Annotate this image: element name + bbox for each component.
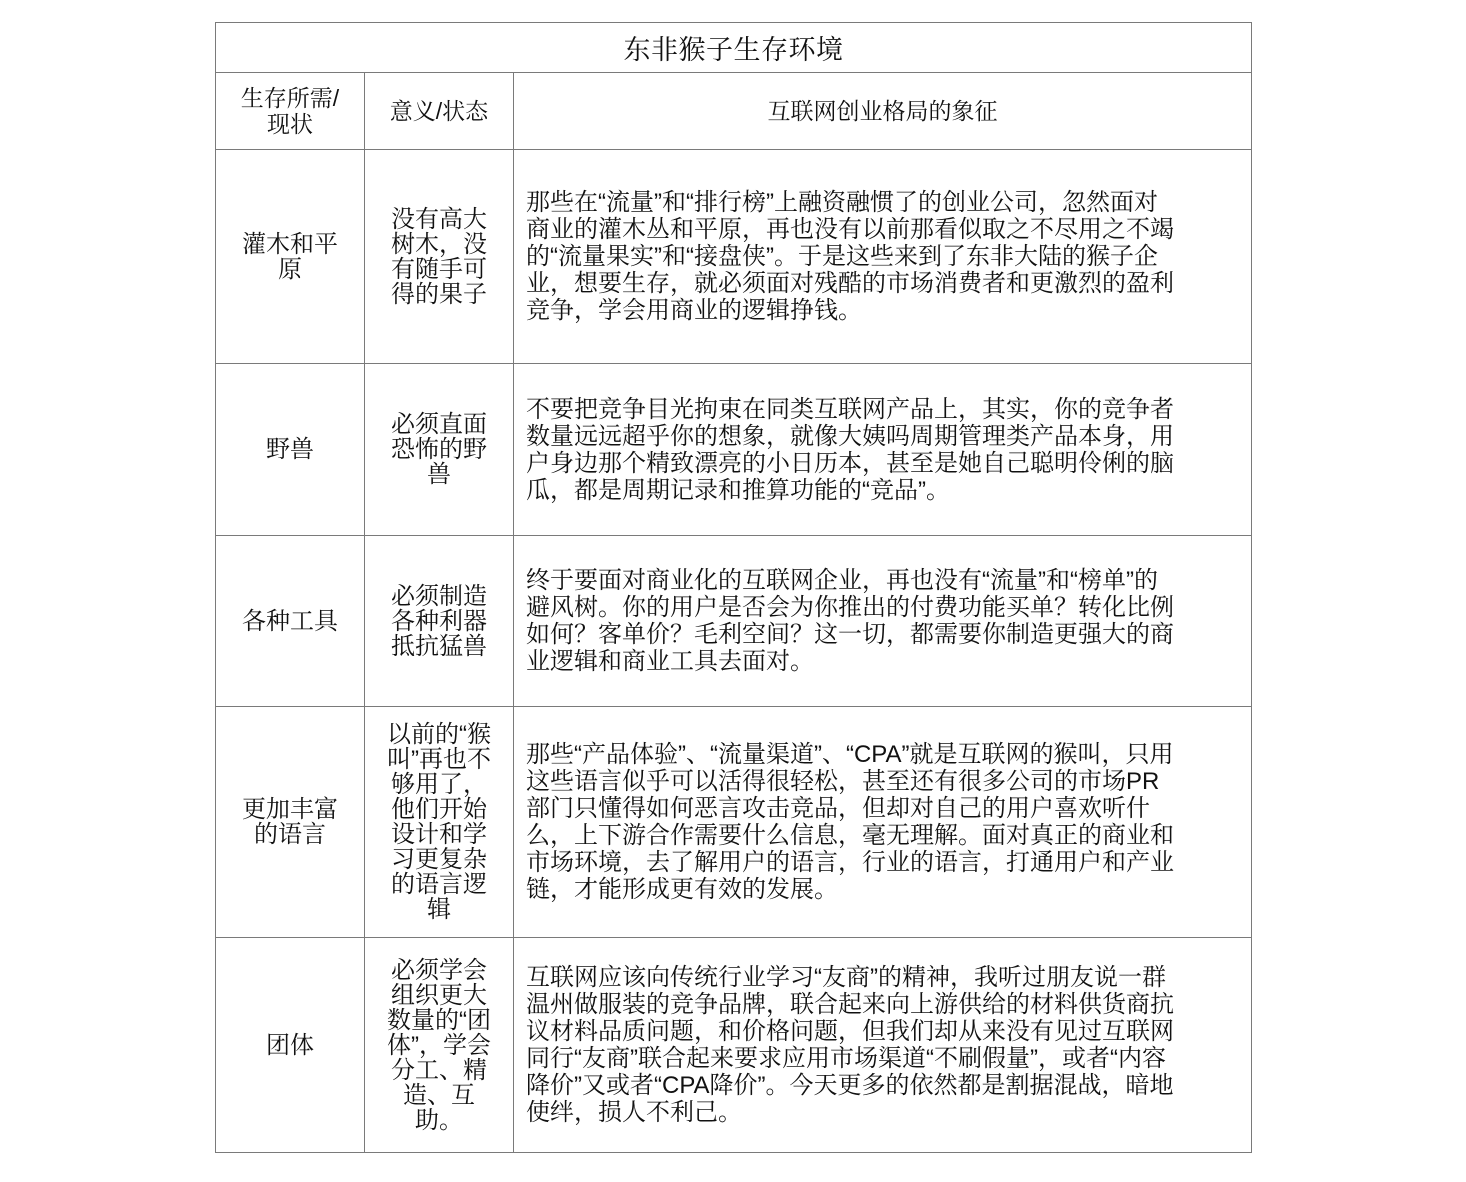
- text-line: 业逻辑和商业工具去面对。: [526, 648, 1239, 675]
- text-line: 使绊，损人不利己。: [526, 1099, 1239, 1126]
- survival-environment-table: 东非猴子生存环境 生存所需/ 现状 意义/状态 互联网创业格局的象征 灌木和平原…: [215, 22, 1252, 1153]
- text-line: 他们开始: [381, 797, 497, 822]
- text-line: 够用了，: [381, 772, 497, 797]
- text-line: 习更复杂: [381, 847, 497, 872]
- text-line: 么，上下游合作需要什么信息，毫无理解。面对真正的商业和: [526, 822, 1239, 849]
- title-row: 东非猴子生存环境: [216, 23, 1252, 73]
- state-cell: 没有高大树木，没有随手可得的果子: [365, 150, 514, 364]
- header-need-line: 现状: [216, 111, 364, 137]
- text-line: 那些“产品体验”、“流量渠道”、“CPA”就是互联网的猴叫，只用: [526, 741, 1239, 768]
- table-title: 东非猴子生存环境: [216, 23, 1252, 73]
- need-cell: 各种工具: [216, 536, 365, 707]
- text-line: 同行“友商”联合起来要求应用市场渠道“不刷假量”，或者“内容: [526, 1045, 1239, 1072]
- text-line: 更加丰富: [226, 797, 354, 822]
- state-cell: 必须学会组织更大数量的“团体”，学会分工、精造、互助。: [365, 938, 514, 1153]
- text-line: 恐怖的野: [381, 437, 497, 462]
- text-line: 助。: [381, 1108, 497, 1133]
- need-cell: 野兽: [216, 364, 365, 536]
- text-line: 这些语言似乎可以活得很轻松，甚至还有很多公司的市场PR: [526, 768, 1239, 795]
- text-line: 那些在“流量”和“排行榜”上融资融惯了的创业公司，忽然面对: [526, 189, 1239, 216]
- text-line: 设计和学: [381, 822, 497, 847]
- meaning-cell: 互联网应该向传统行业学习“友商”的精神，我听过朋友说一群温州做服装的竞争品牌，联…: [514, 938, 1252, 1153]
- text-line: 商业的灌木丛和平原，再也没有以前那看似取之不尽用之不竭: [526, 216, 1239, 243]
- text-line: 降价”又或者“CPA降价”。今天更多的依然都是割据混战，暗地: [526, 1072, 1239, 1099]
- text-line: 不要把竞争目光拘束在同类互联网产品上，其实，你的竞争者: [526, 396, 1239, 423]
- text-line: 原: [226, 257, 354, 282]
- meaning-cell: 那些在“流量”和“排行榜”上融资融惯了的创业公司，忽然面对商业的灌木丛和平原，再…: [514, 150, 1252, 364]
- text-line: 瓜，都是周期记录和推算功能的“竞品”。: [526, 477, 1239, 504]
- meaning-cell: 不要把竞争目光拘束在同类互联网产品上，其实，你的竞争者数量远远超乎你的想象，就像…: [514, 364, 1252, 536]
- text-line: 灌木和平: [226, 232, 354, 257]
- table-row: 灌木和平原 没有高大树木，没有随手可得的果子 那些在“流量”和“排行榜”上融资融…: [216, 150, 1252, 364]
- text-line: 的语言: [226, 822, 354, 847]
- text-line: 以前的“猴: [381, 722, 497, 747]
- need-cell: 团体: [216, 938, 365, 1153]
- header-need-line: 生存所需/: [216, 85, 364, 111]
- text-line: 必须直面: [381, 412, 497, 437]
- text-line: 没有高大: [381, 207, 497, 232]
- text-line: 数量远远超乎你的想象，就像大姨吗周期管理类产品本身，用: [526, 423, 1239, 450]
- table-row: 野兽 必须直面恐怖的野兽 不要把竞争目光拘束在同类互联网产品上，其实，你的竞争者…: [216, 364, 1252, 536]
- text-line: 必须学会: [381, 958, 497, 983]
- state-cell: 以前的“猴叫”再也不够用了，他们开始设计和学习更复杂的语言逻辑: [365, 707, 514, 938]
- state-cell: 必须制造各种利器抵抗猛兽: [365, 536, 514, 707]
- text-line: 终于要面对商业化的互联网企业，再也没有“流量”和“榜单”的: [526, 567, 1239, 594]
- text-line: 户身边那个精致漂亮的小日历本，甚至是她自己聪明伶俐的脑: [526, 450, 1239, 477]
- text-line: 树木，没: [381, 232, 497, 257]
- header-state: 意义/状态: [365, 73, 514, 150]
- text-line: 体”，学会: [381, 1033, 497, 1058]
- text-line: 业，想要生存，就必须面对残酷的市场消费者和更激烈的盈利: [526, 270, 1239, 297]
- text-line: 竞争，学会用商业的逻辑挣钱。: [526, 297, 1239, 324]
- text-line: 叫”再也不: [381, 747, 497, 772]
- need-cell: 更加丰富的语言: [216, 707, 365, 938]
- text-line: 部门只懂得如何恶言攻击竞品，但却对自己的用户喜欢听什: [526, 795, 1239, 822]
- text-line: 市场环境，去了解用户的语言，行业的语言，打通用户和产业: [526, 849, 1239, 876]
- header-meaning: 互联网创业格局的象征: [514, 73, 1252, 150]
- text-line: 必须制造: [381, 584, 497, 609]
- text-line: 辑: [381, 897, 497, 922]
- text-line: 野兽: [226, 437, 354, 462]
- text-line: 团体: [226, 1033, 354, 1058]
- text-line: 的语言逻: [381, 872, 497, 897]
- need-cell: 灌木和平原: [216, 150, 365, 364]
- header-row: 生存所需/ 现状 意义/状态 互联网创业格局的象征: [216, 73, 1252, 150]
- text-line: 造、互: [381, 1083, 497, 1108]
- text-line: 组织更大: [381, 983, 497, 1008]
- text-line: 有随手可: [381, 257, 497, 282]
- text-line: 避风树。你的用户是否会为你推出的付费功能买单？转化比例: [526, 594, 1239, 621]
- text-line: 温州做服装的竞争品牌，联合起来向上游供给的材料供货商抗: [526, 991, 1239, 1018]
- table-row: 各种工具 必须制造各种利器抵抗猛兽 终于要面对商业化的互联网企业，再也没有“流量…: [216, 536, 1252, 707]
- text-line: 议材料品质问题，和价格问题，但我们却从来没有见过互联网: [526, 1018, 1239, 1045]
- text-line: 的“流量果实”和“接盘侠”。于是这些来到了东非大陆的猴子企: [526, 243, 1239, 270]
- table-row: 团体 必须学会组织更大数量的“团体”，学会分工、精造、互助。 互联网应该向传统行…: [216, 938, 1252, 1153]
- text-line: 互联网应该向传统行业学习“友商”的精神，我听过朋友说一群: [526, 964, 1239, 991]
- text-line: 分工、精: [381, 1058, 497, 1083]
- meaning-cell: 终于要面对商业化的互联网企业，再也没有“流量”和“榜单”的避风树。你的用户是否会…: [514, 536, 1252, 707]
- text-line: 数量的“团: [381, 1008, 497, 1033]
- text-line: 链，才能形成更有效的发展。: [526, 876, 1239, 903]
- table-row: 更加丰富的语言 以前的“猴叫”再也不够用了，他们开始设计和学习更复杂的语言逻辑 …: [216, 707, 1252, 938]
- meaning-cell: 那些“产品体验”、“流量渠道”、“CPA”就是互联网的猴叫，只用这些语言似乎可以…: [514, 707, 1252, 938]
- text-line: 抵抗猛兽: [381, 634, 497, 659]
- state-cell: 必须直面恐怖的野兽: [365, 364, 514, 536]
- text-line: 得的果子: [381, 282, 497, 307]
- text-line: 如何？客单价？毛利空间？这一切，都需要你制造更强大的商: [526, 621, 1239, 648]
- text-line: 各种利器: [381, 609, 497, 634]
- text-line: 兽: [381, 462, 497, 487]
- text-line: 各种工具: [226, 609, 354, 634]
- header-need: 生存所需/ 现状: [216, 73, 365, 150]
